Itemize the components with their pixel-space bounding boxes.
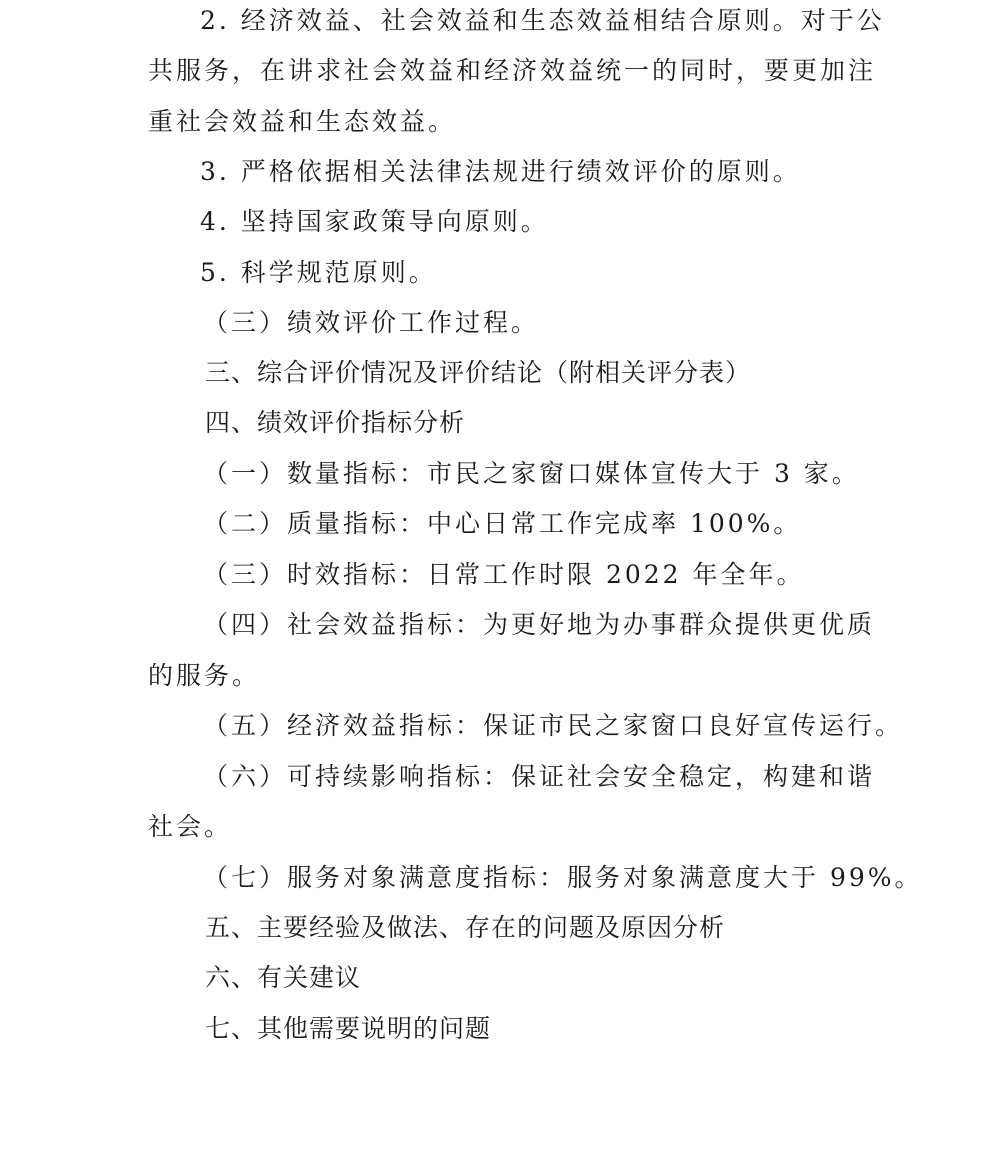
- indicator-quantity: （一）数量指标：市民之家窗口媒体宣传大于 3 家。: [203, 459, 860, 489]
- indicator-economic-benefit: （五）经济效益指标：保证市民之家窗口良好宣传运行。: [203, 711, 903, 741]
- indicator-quality: （二）质量指标：中心日常工作完成率 100%。: [203, 509, 801, 539]
- evaluation-process: （三）绩效评价工作过程。: [203, 308, 539, 338]
- indicator-sustainability-line-1: （六）可持续影响指标：保证社会安全稳定，构建和谐: [203, 762, 875, 792]
- section-3-heading: 三、综合评价情况及评价结论（附相关评分表）: [205, 358, 751, 388]
- indicator-satisfaction: （七）服务对象满意度指标：服务对象满意度大于 99%。: [203, 863, 923, 893]
- principle-4: 4. 坚持国家政策导向原则。: [200, 207, 549, 237]
- section-4-heading: 四、绩效评价指标分析: [205, 408, 465, 438]
- indicator-social-benefit-line-2: 的服务。: [148, 661, 260, 691]
- indicator-social-benefit-line-1: （四）社会效益指标：为更好地为办事群众提供更优质: [203, 610, 875, 640]
- indicator-sustainability-line-2: 社会。: [148, 812, 232, 842]
- principle-2-line-1: 2. 经济效益、社会效益和生态效益相结合原则。对于公: [200, 6, 885, 36]
- indicator-timeliness: （三）时效指标：日常工作时限 2022 年全年。: [203, 560, 805, 590]
- section-7-heading: 七、其他需要说明的问题: [205, 1014, 491, 1044]
- principle-2-line-2: 共服务，在讲求社会效益和经济效益统一的同时，要更加注: [148, 56, 876, 86]
- principle-3: 3. 严格依据相关法律法规进行绩效评价的原则。: [200, 157, 801, 187]
- principle-5: 5. 科学规范原则。: [200, 258, 437, 288]
- section-5-heading: 五、主要经验及做法、存在的问题及原因分析: [205, 913, 725, 943]
- section-6-heading: 六、有关建议: [205, 963, 361, 993]
- principle-2-line-3: 重社会效益和生态效益。: [148, 107, 456, 137]
- document-page: 2. 经济效益、社会效益和生态效益相结合原则。对于公 共服务，在讲求社会效益和经…: [0, 0, 998, 1158]
